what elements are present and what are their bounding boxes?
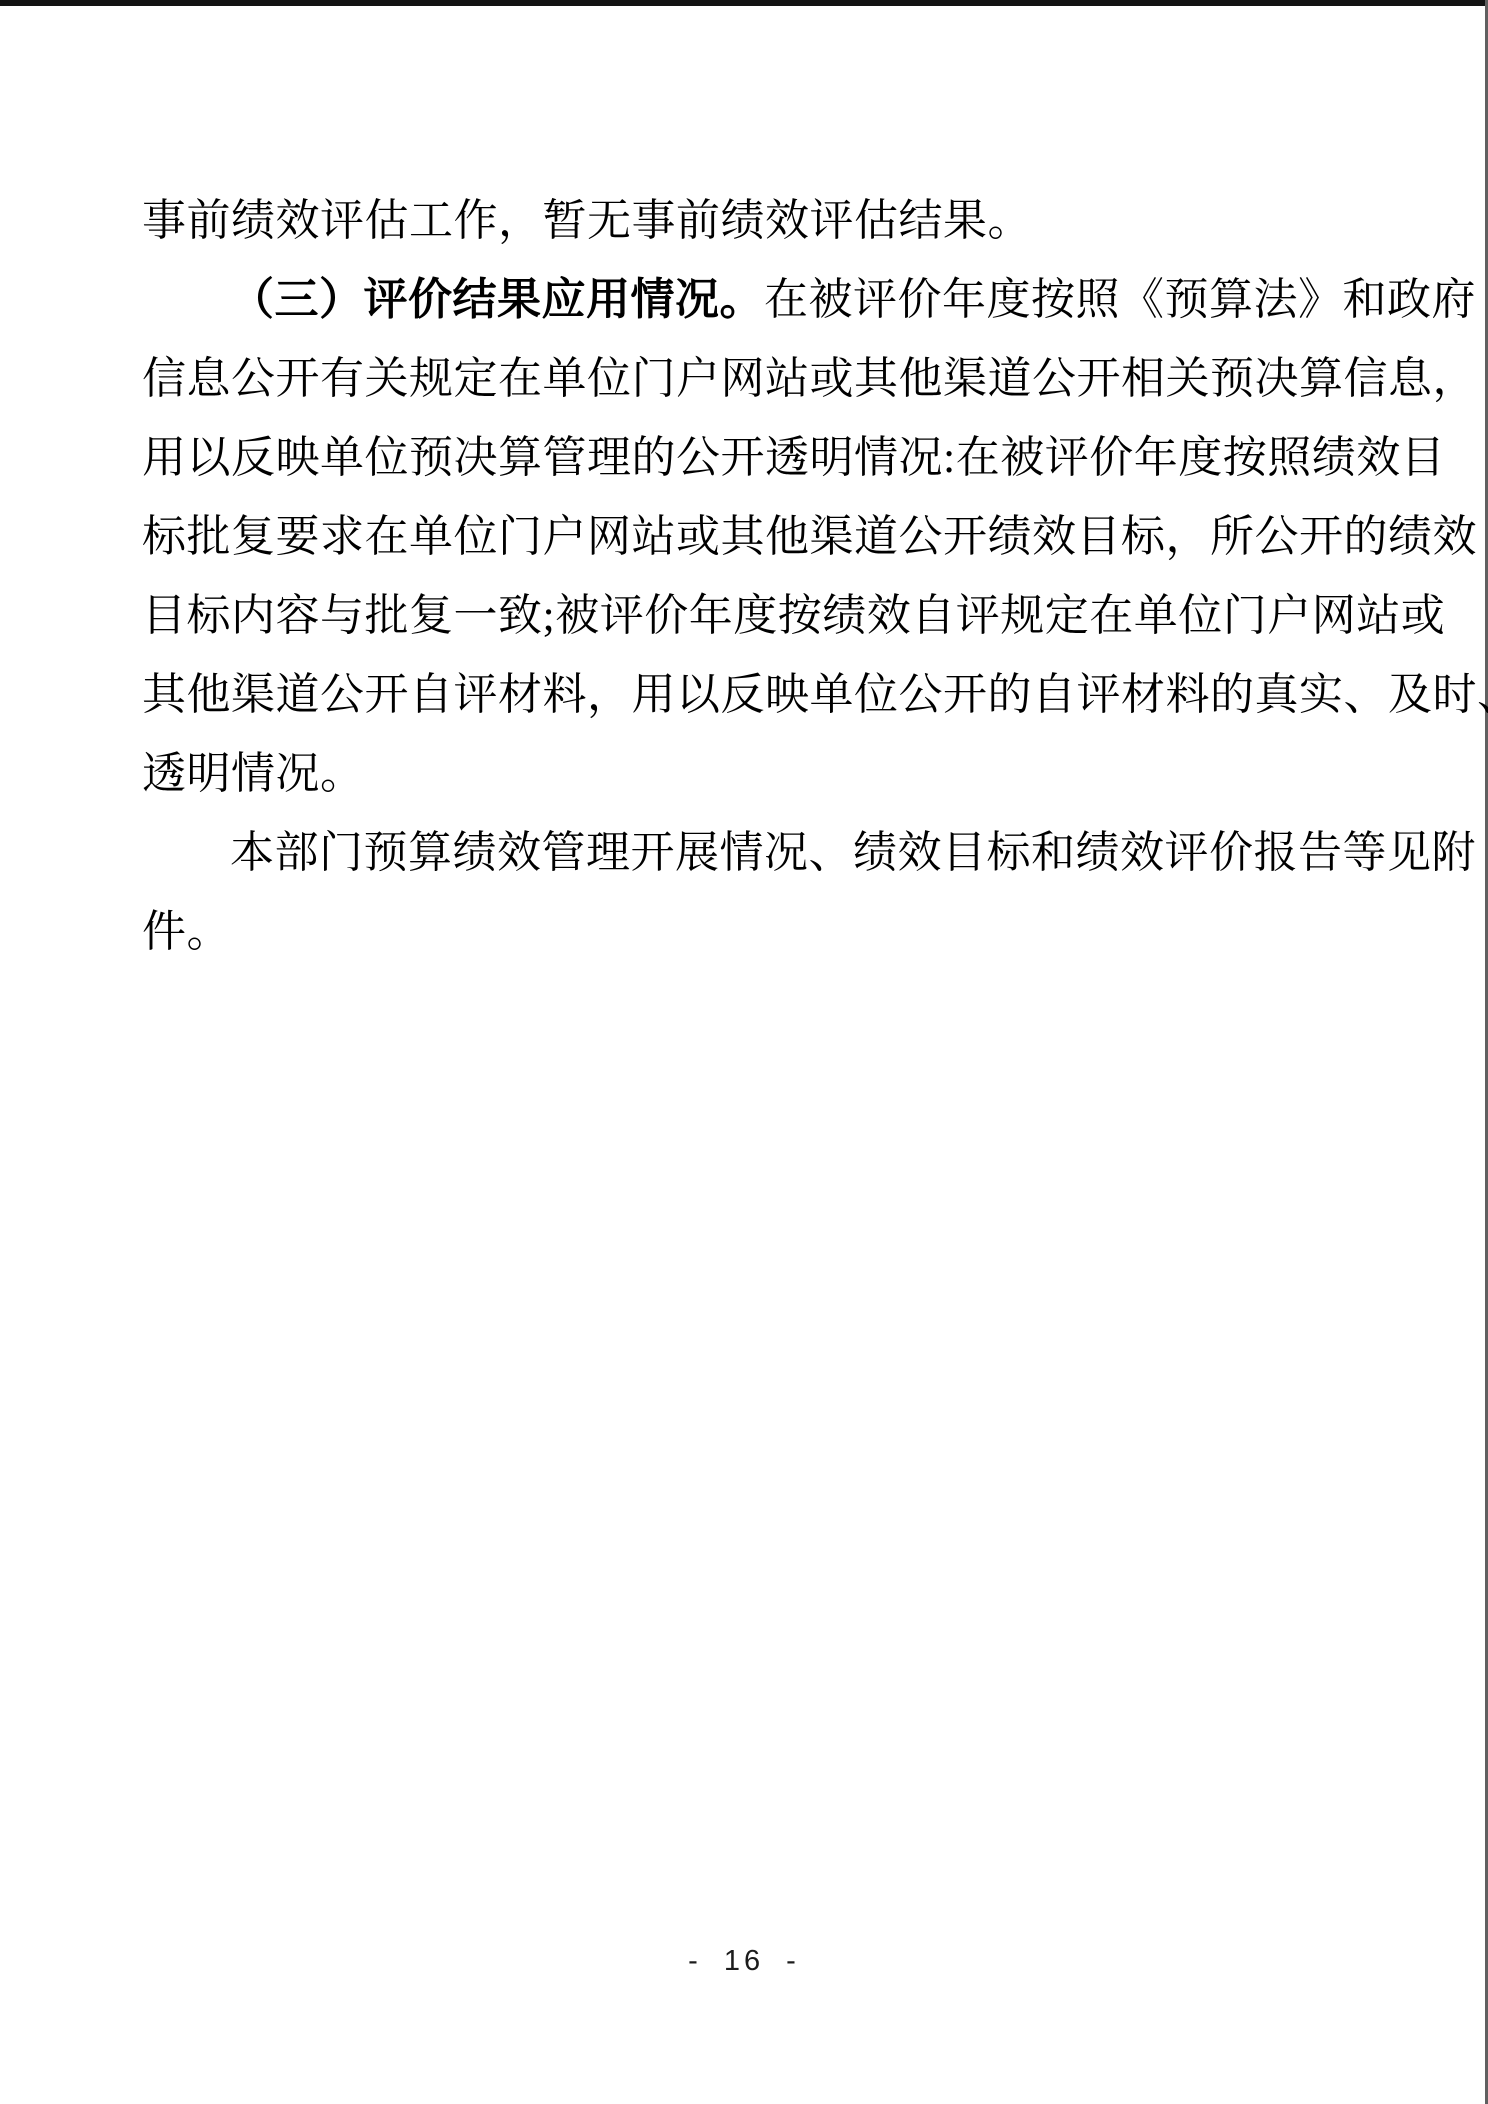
body-line: 其他渠道公开自评材料，用以反映单位公开的自评材料的真实、及时、 [142,655,1340,734]
body-line: 信息公开有关规定在单位门户网站或其他渠道公开相关预决算信息， [142,339,1340,418]
body-line: 事前绩效评估工作，暂无事前绩效评估结果。 [142,181,1340,260]
paragraph-continuation: 事前绩效评估工作，暂无事前绩效评估结果。 [142,181,1340,260]
body-line: 透明情况。 [142,734,1340,813]
body-line: 目标内容与批复一致;被评价年度按绩效自评规定在单位门户网站或 [142,576,1340,655]
page-number: - 16 - [0,1945,1488,1978]
body-line: 用以反映单位预决算管理的公开透明情况:在被评价年度按照绩效目 [142,418,1340,497]
body-line: 标批复要求在单位门户网站或其他渠道公开绩效目标，所公开的绩效 [142,497,1340,576]
document-text: 事前绩效评估工作，暂无事前绩效评估结果。 （三）评价结果应用情况。在被评价年度按… [142,181,1340,971]
document-page: 事前绩效评估工作，暂无事前绩效评估结果。 （三）评价结果应用情况。在被评价年度按… [0,0,1488,2104]
section-heading: （三）评价结果应用情况。 [230,275,764,324]
scan-top-edge-bar [0,0,1488,6]
body-line: 本部门预算绩效管理开展情况、绩效目标和绩效评价报告等见附 [142,813,1340,892]
body-text-segment: 在被评价年度按照《预算法》和政府 [764,275,1476,324]
body-line: 件。 [142,892,1340,971]
paragraph-evaluation-results: （三）评价结果应用情况。在被评价年度按照《预算法》和政府 信息公开有关规定在单位… [142,260,1340,813]
paragraph-attachments-note: 本部门预算绩效管理开展情况、绩效目标和绩效评价报告等见附 件。 [142,813,1340,971]
body-line: （三）评价结果应用情况。在被评价年度按照《预算法》和政府 [142,260,1340,339]
